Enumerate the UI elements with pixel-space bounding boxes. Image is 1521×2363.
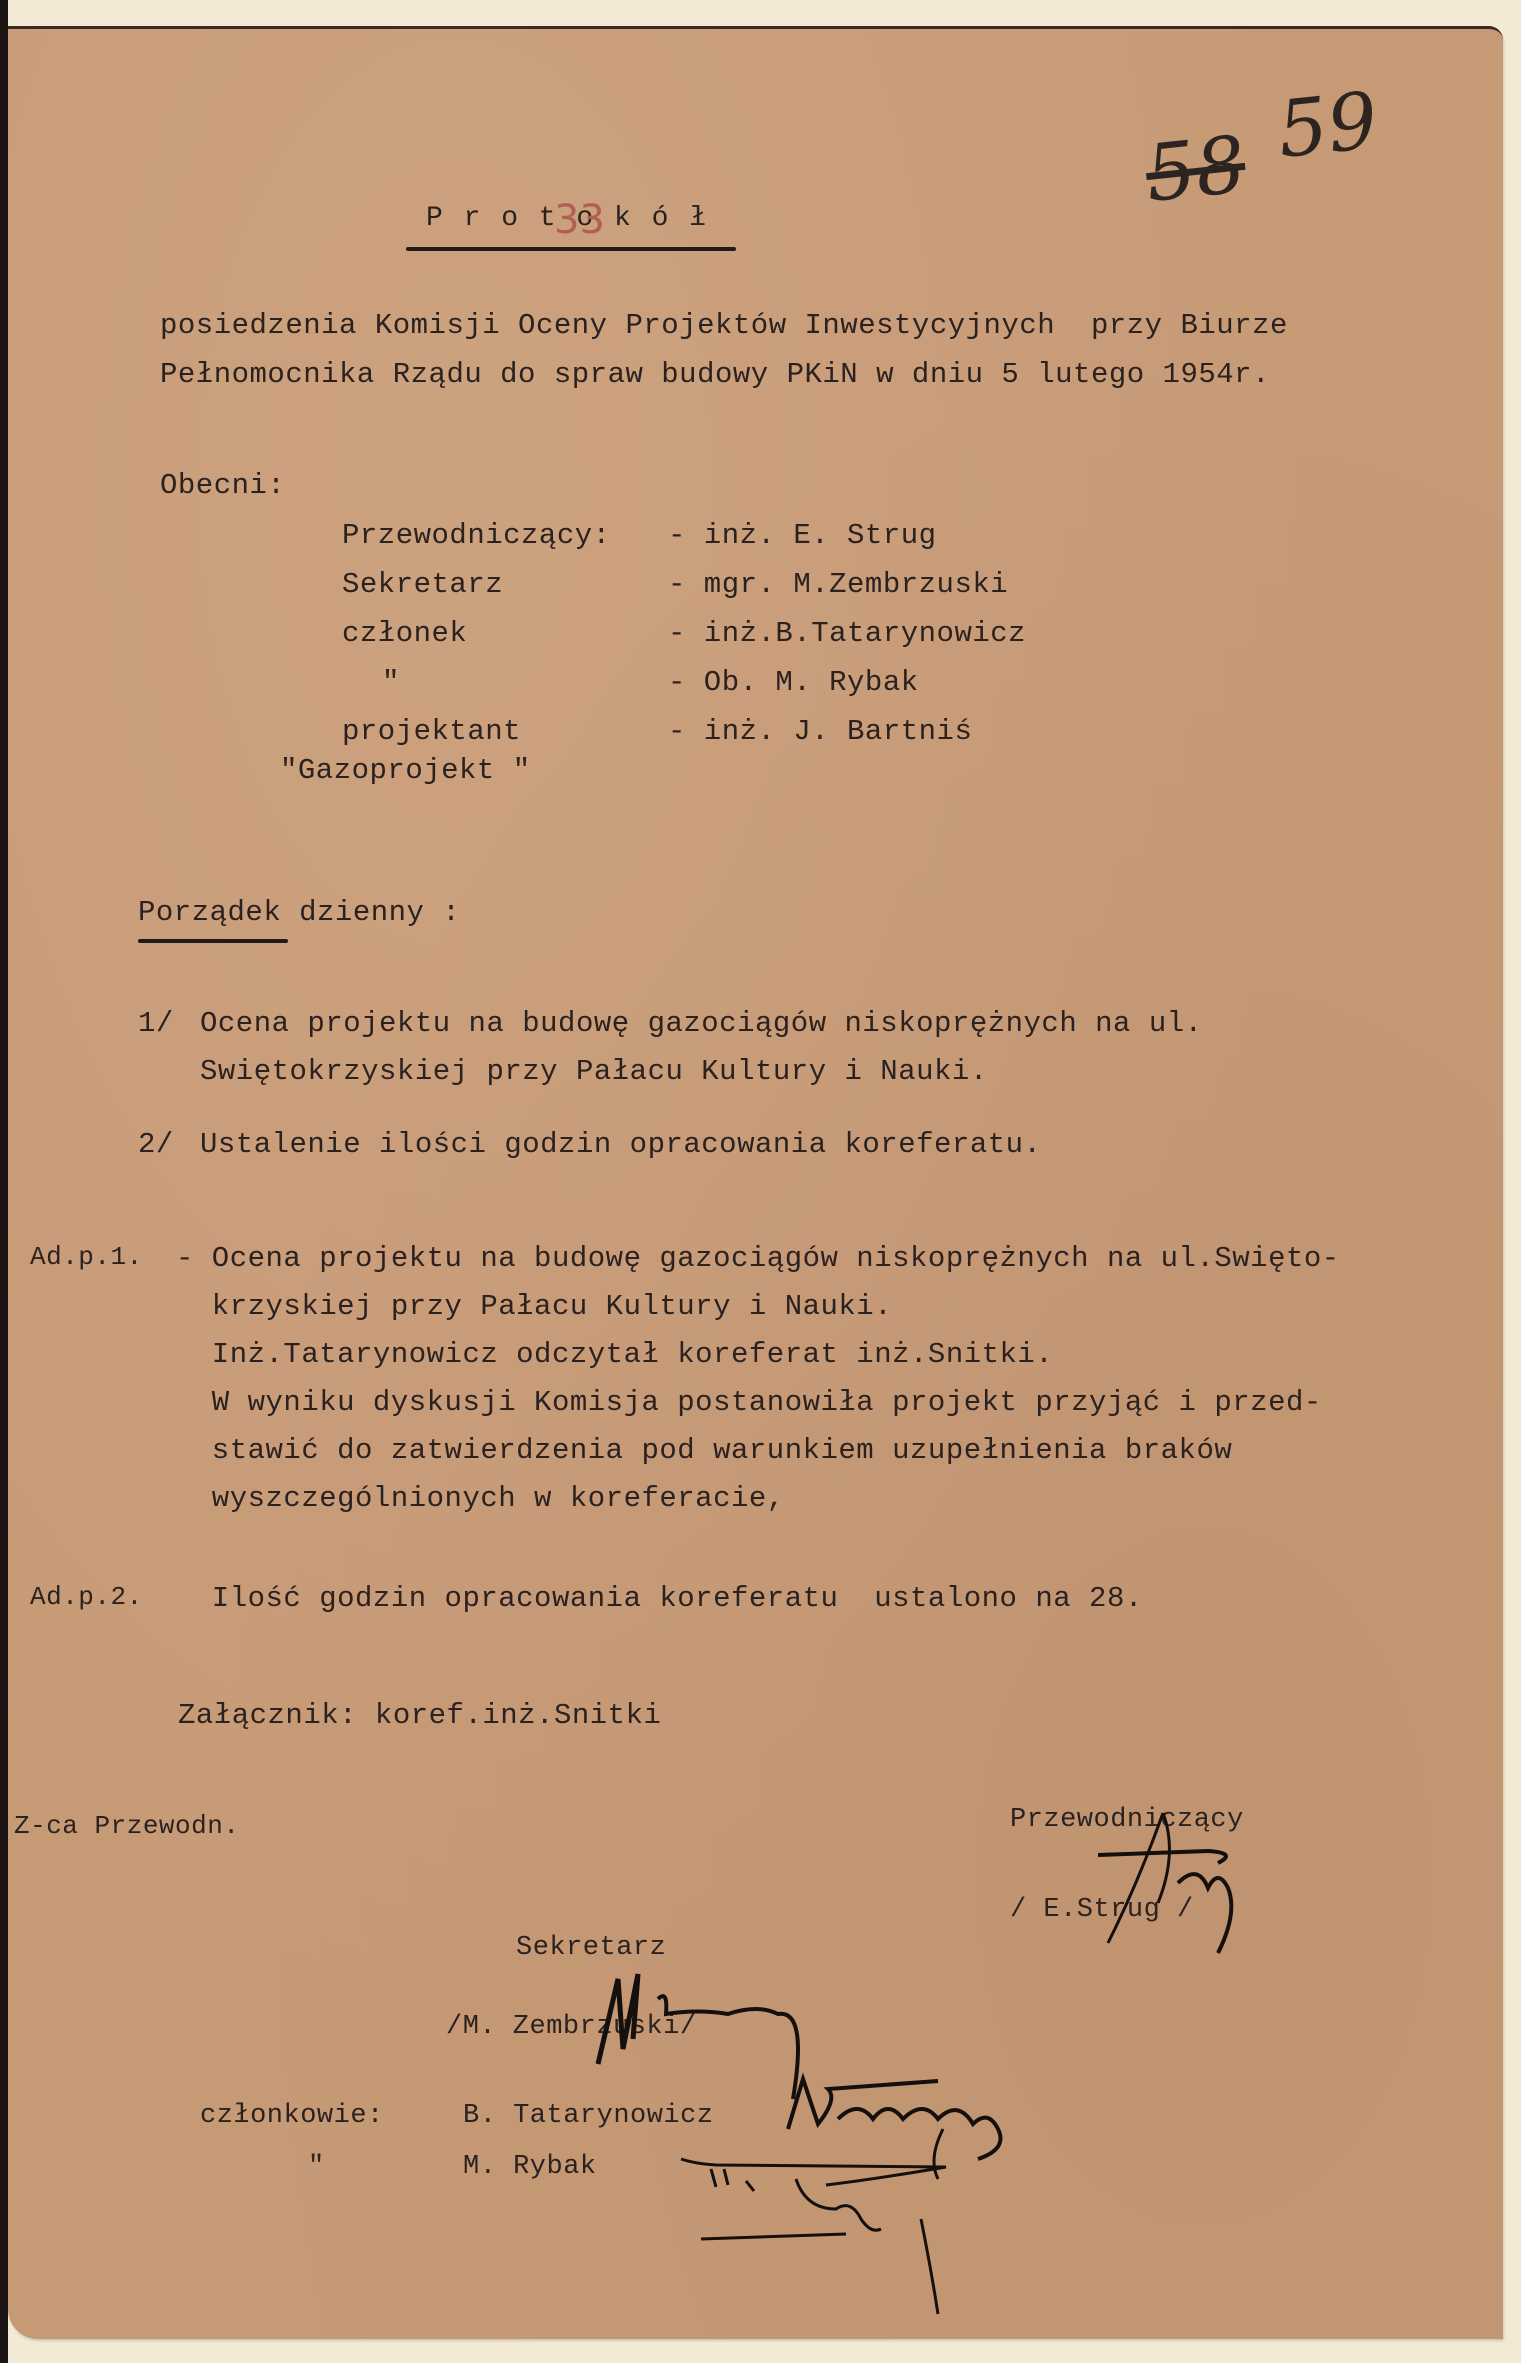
- rybak-handwritten-signature: [676, 2139, 976, 2324]
- heading-line-1: posiedzenia Komisji Oceny Projektów Inwe…: [160, 311, 1288, 340]
- protocol-number: 33: [554, 197, 605, 243]
- resolution-line: W wyniku dyskusji Komisja postanowiła pr…: [176, 1388, 1322, 1417]
- attendee-role: "Gazoprojekt ": [280, 756, 531, 785]
- attendees-label: Obecni:: [160, 471, 285, 500]
- attendee-name: - Ob. M. Rybak: [668, 668, 919, 697]
- resolution-label: Ad.p.2.: [30, 1584, 143, 1610]
- binding-edge: [0, 0, 8, 2363]
- agenda-number: 2/: [138, 1130, 174, 1159]
- attendee-role: członek: [342, 619, 467, 648]
- heading-line-2: Pełnomocnika Rządu do spraw budowy PKiN …: [160, 360, 1270, 389]
- attendee-role: ": [382, 668, 400, 697]
- resolution-line: Inż.Tatarynowicz odczytał koreferat inż.…: [176, 1340, 1053, 1369]
- struck-page-number: 58: [1142, 120, 1250, 220]
- resolution-line: stawić do zatwierdzenia pod warunkiem uz…: [176, 1436, 1232, 1465]
- chair-handwritten-signature: [1068, 1793, 1268, 1968]
- member-name: B. Tatarynowicz: [463, 2103, 714, 2130]
- attendee-name: - inż.B.Tatarynowicz: [668, 619, 1026, 648]
- resolution-label: Ad.p.1.: [30, 1244, 143, 1270]
- agenda-number: 1/: [138, 1009, 174, 1038]
- resolution-line: - Ocena projektu na budowę gazociągów ni…: [176, 1244, 1340, 1273]
- attachment-note: Załącznik: koref.inż.Snitki: [178, 1701, 661, 1730]
- document-page: 58 59 P r o t o k ó ł 33 posiedzenia Kom…: [8, 26, 1503, 2339]
- page-number: 59: [1274, 76, 1382, 176]
- agenda-item-line: Ustalenie ilości godzin opracowania kore…: [200, 1130, 1041, 1159]
- attendee-name: - inż. J. Bartniś: [668, 717, 972, 746]
- member-ditto: ": [308, 2154, 325, 2181]
- agenda-item-line: Ocena projektu na budowę gazociągów nisk…: [200, 1009, 1203, 1038]
- attendee-name: - inż. E. Strug: [668, 521, 937, 550]
- secretary-role: Sekretarz: [516, 1935, 666, 1962]
- agenda-item-line: Swiętokrzyskiej przy Pałacu Kultury i Na…: [200, 1057, 988, 1086]
- attendee-role: projektant: [342, 717, 521, 746]
- member-name: M. Rybak: [463, 2154, 597, 2181]
- attendee-role: Przewodniczący:: [342, 521, 611, 550]
- title-underline: [406, 247, 736, 251]
- attendee-role: Sekretarz: [342, 570, 503, 599]
- agenda-label: Porządek dzienny :: [138, 898, 460, 927]
- resolution-line: krzyskiej przy Pałacu Kultury i Nauki.: [176, 1292, 892, 1321]
- attendee-name: - mgr. M.Zembrzuski: [668, 570, 1008, 599]
- agenda-underline: [138, 939, 288, 943]
- resolution-line: wyszczególnionych w koreferacie,: [176, 1484, 785, 1513]
- members-label: członkowie:: [200, 2103, 384, 2130]
- resolution-line: Ilość godzin opracowania koreferatu usta…: [176, 1584, 1143, 1613]
- deputy-chair-label: Z-ca Przewodn.: [14, 1813, 239, 1839]
